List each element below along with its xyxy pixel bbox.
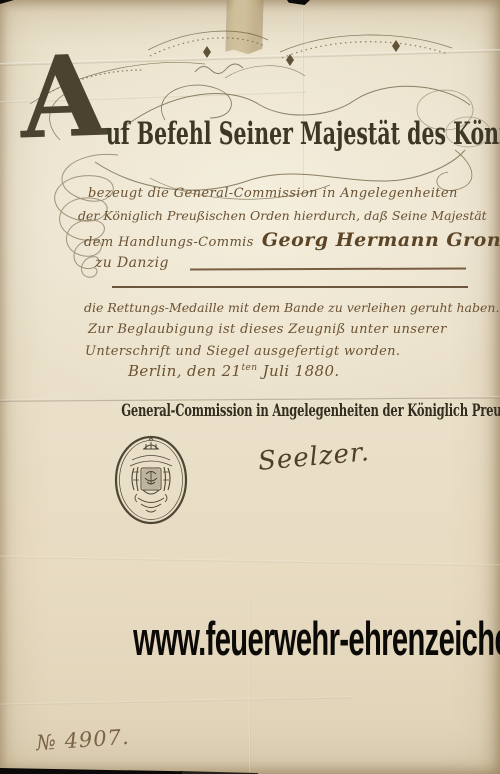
watermark-text: www.feuerwehr-ehrenzeichen.de [133,611,500,666]
dateline-ordinal: ten [241,363,257,373]
royal-seal-icon [110,432,192,526]
official-signature: Seelzer. [257,437,371,477]
dateline: Berlin, den 21ten Juli 1880. [128,362,340,380]
issuer-line: General-Commission in Angelegenheiten de… [20,401,500,420]
serial-number: № 4907. [35,725,130,755]
blank-fill-rule [112,286,468,288]
fold-crease [302,8,304,194]
recipient-name: Georg Hermann Gronau [262,229,500,251]
dateline-place-day: Berlin, den 21 [128,362,241,380]
handwritten-line-1: bezeugt die General-Commission in Angele… [88,186,458,201]
handwritten-line-2: der Königlich Preußischen Orden hierdurc… [78,208,487,223]
tape-remnant [225,0,263,54]
fold-crease [0,696,354,706]
document-title: uf Befehl Seiner Majestät des Königs [106,116,500,152]
issuer-line-text: General-Commission in Angelegenheiten de… [121,401,500,420]
handwritten-line-7: Unterschrift und Siegel ausgefertigt wor… [85,344,400,359]
handwritten-line-6: Zur Beglaubigung ist dieses Zeugniß unte… [88,322,447,337]
blank-fill-rule [190,268,466,270]
photo-edge [0,768,182,774]
certificate-document: A uf Befehl Seiner Majestät des Königs b… [0,0,500,774]
handwritten-line-4: zu Danzig [95,255,169,271]
recipient-title: dem Handlungs-Commis [84,235,254,250]
dateline-month-year: Juli 1880. [257,362,339,380]
illuminated-initial: A [18,41,109,156]
fold-crease [0,556,500,567]
photo-edge [0,0,14,4]
handwritten-line-5: die Rettungs-Medaille mit dem Bande zu v… [84,300,499,315]
handwritten-line-3: dem Handlungs-CommisGeorg Hermann Gronau [84,229,500,251]
watermark-url: www.feuerwehr-ehrenzeichen.de [0,611,500,666]
photo-edge [286,0,310,5]
